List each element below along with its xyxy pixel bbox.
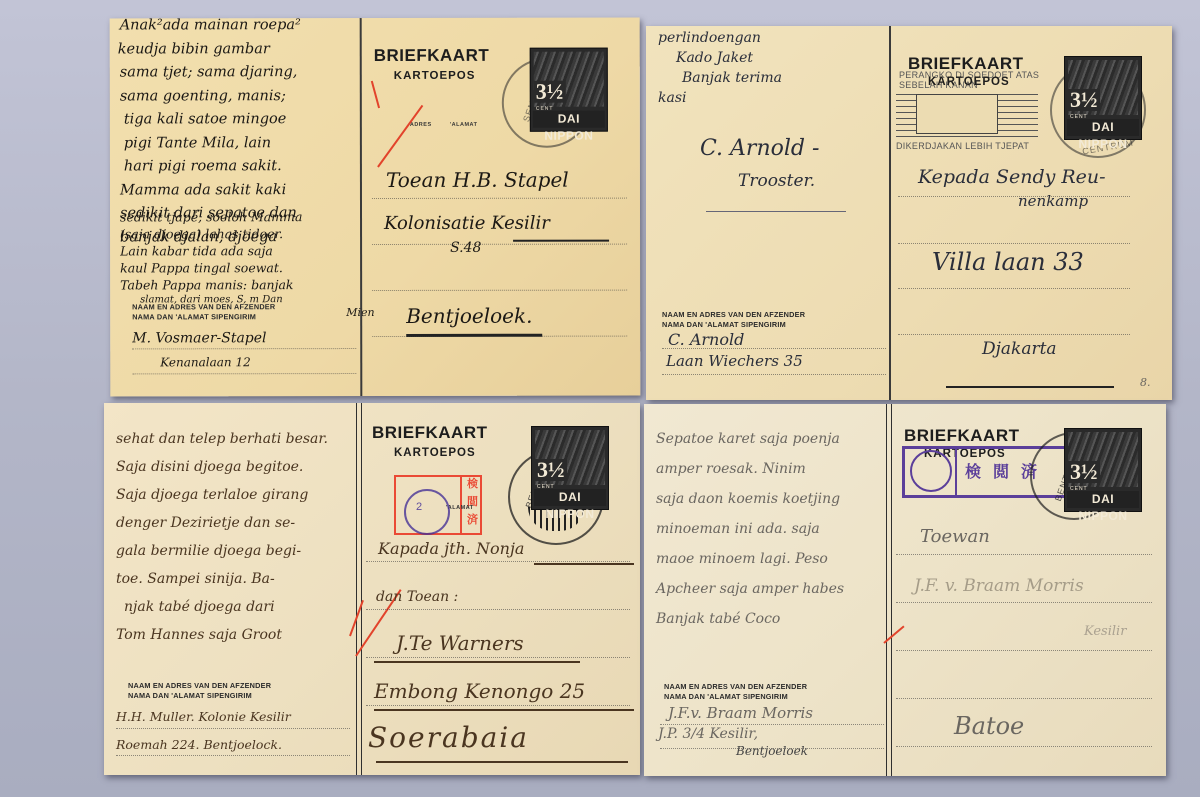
sender-name: M. Vosmaer-Stapel <box>132 330 266 346</box>
postage-stamp: 3½ CENT DAI NIPPON <box>1064 56 1142 140</box>
red-mark <box>371 81 380 109</box>
address-line-1: Kepada Sendy Reu- <box>918 166 1106 188</box>
sender-line-3: Bentjoeloek <box>736 744 808 758</box>
card-subtitle: KARTOEPOS <box>394 447 476 459</box>
address-line-3: Djakarta <box>982 339 1057 359</box>
postcard-top-right: perlindoengan Kado Jaket Banjak terima k… <box>646 26 1172 400</box>
censor-chop: 2 <box>404 489 450 535</box>
envelope-illustration <box>916 94 998 134</box>
card-divider <box>889 26 891 400</box>
address-line-3: S.48 <box>450 240 481 256</box>
message-text: sehat dan telep berhati besar. Saja disi… <box>116 425 328 649</box>
card-title: BRIEFKAART <box>372 423 488 443</box>
sender-line-1: H.H. Muller. Kolonie Kesilir <box>116 709 291 724</box>
address-line-1b: nenkamp <box>1018 192 1088 210</box>
dotted-line <box>132 348 356 349</box>
signature-line-2: Trooster. <box>738 171 815 191</box>
address-line-4: Bentjoeloek. <box>406 304 532 328</box>
corner-note: 8. <box>1140 376 1151 389</box>
message-text-continued: sedikit tjapé, soeloh Mamma (saja djoega… <box>120 208 303 307</box>
signature-line-1: C. Arnold - <box>700 136 819 161</box>
address-line-1: Toewan <box>920 526 990 547</box>
postage-stamp: 3½ CENT DAI NIPPON <box>1064 428 1142 512</box>
card-divider <box>886 404 892 776</box>
message-text: perlindoengan Kado Jaket Banjak terima k… <box>658 28 782 108</box>
address-line-3: Kesilir <box>1084 624 1126 639</box>
card-subtitle: KARTOEPOS <box>394 70 476 82</box>
sender-label: NAAM EN ADRES VAN DEN AFZENDER NAMA DAN … <box>662 310 805 330</box>
address-line-2: dan Toean : <box>376 589 458 605</box>
address-label: ADRES <box>410 122 432 128</box>
slogan-line-3: DIKERDJAKAN LEBIH TJEPAT <box>896 141 1029 151</box>
card-divider <box>360 18 363 396</box>
sender-label: NAAM EN ADRES VAN DEN AFZENDER NAMA DAN … <box>664 682 807 702</box>
postcard-bottom-left: sehat dan telep berhati besar. Saja disi… <box>104 403 640 775</box>
postage-stamp: 3½ CENT DAI NIPPON <box>530 48 608 132</box>
address-line-1: Kapada jth. Nonja <box>378 539 524 558</box>
message-text: Sepatoe karet saja poenja amper roesak. … <box>656 424 844 634</box>
sender-label: NAAM EN ADRES VAN DEN AFZENDER NAMA DAN … <box>128 681 271 701</box>
address-line-5: Soerabaia <box>368 721 529 754</box>
dotted-line <box>132 373 356 374</box>
censor-chop <box>910 450 952 492</box>
sender-address: Kenanalaan 12 <box>160 355 250 369</box>
alamat-label: 'ALAMAT <box>450 122 478 128</box>
card-title: BRIEFKAART <box>904 426 1020 446</box>
sender-line-2: J.P. 3/4 Kesilir, <box>658 726 758 742</box>
address-line-3: J.Te Warners <box>396 631 524 655</box>
address-line-4: Embong Kenongo 25 <box>374 679 585 703</box>
sender-line-2: Roemah 224. Bentjoelock. <box>116 737 282 752</box>
address-line-1: Toean H.B. Stapel <box>386 168 569 192</box>
sender-line-1: J.F.v. Braam Morris <box>668 704 813 722</box>
sender-address: Laan Wiechers 35 <box>666 352 803 370</box>
postcard-top-left: Anak²ada mainan roepa² keudja bibin gamb… <box>110 18 641 397</box>
card-title: BRIEFKAART <box>374 46 490 66</box>
address-line-2: J.F. v. Braam Morris <box>914 576 1084 596</box>
card-divider <box>356 403 362 775</box>
sender-name: C. Arnold <box>668 330 744 349</box>
address-line-4: Batoe <box>954 712 1024 740</box>
card-subtitle: KARTOEPOS <box>928 76 1010 88</box>
red-check-mark <box>377 105 423 168</box>
sender-label: NAAM EN ADRES VAN DEN AFZENDER NAMA DAN … <box>132 302 275 322</box>
postage-stamp: 3½ CENT DAI NIPPON <box>531 426 609 510</box>
address-line-2: Villa laan 33 <box>932 248 1084 276</box>
address-line-2: Kolonisatie Kesilir <box>384 213 550 234</box>
postcard-bottom-right: Sepatoe karet saja poenja amper roesak. … <box>644 404 1166 776</box>
